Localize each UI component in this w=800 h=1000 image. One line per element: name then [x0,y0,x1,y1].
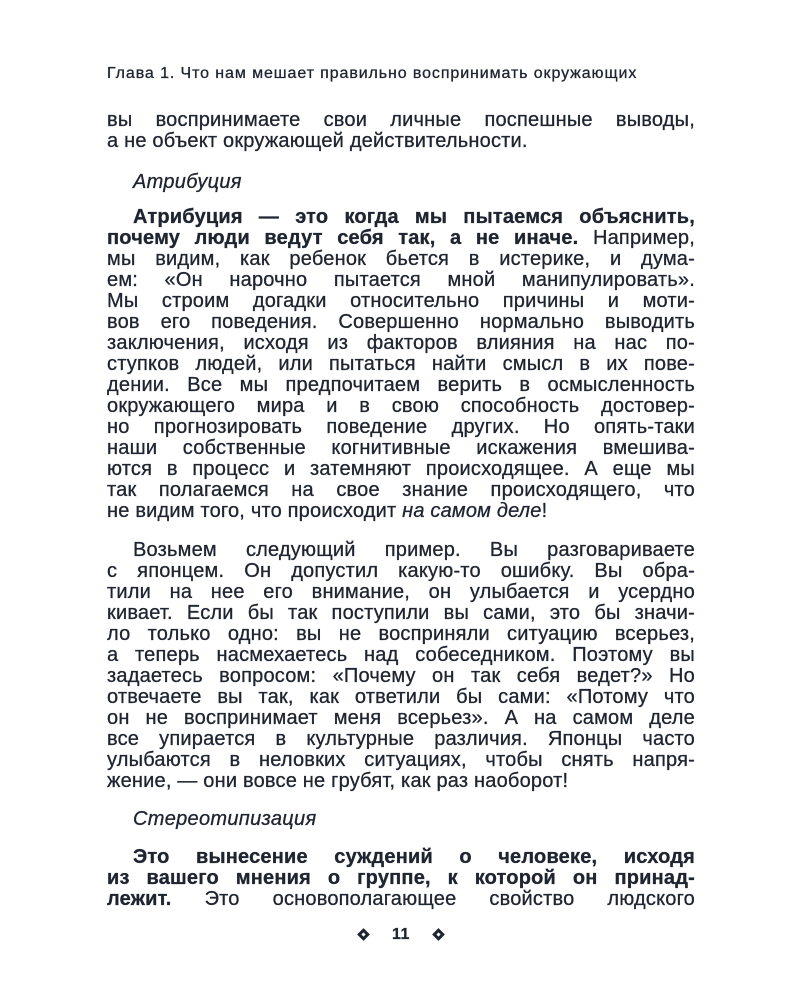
text-line: дении. Все мы предпочитаем верить в осмы… [107,375,695,396]
text-line: а не объект окружающей действительности. [107,131,695,152]
text-run: ются в процесс и затемняют происходящее.… [107,458,695,480]
text-run: так полагаемся на свое знание происходящ… [107,479,695,501]
text-block: вы воспринимаете свои личные поспешные в… [107,110,695,910]
text-line: окружающего мира и в свою способность до… [107,396,695,417]
text-run: тили на нее его внимание, он улыбается и… [107,581,695,603]
text-line: вы воспринимаете свои личные поспешные в… [107,110,695,131]
text-line: ло только одно: вы не восприняли ситуаци… [107,624,695,645]
text-line: почему люди ведут себя так, а не иначе. … [107,228,695,249]
text-line: ем: «Он нарочно пытается мной манипулиро… [107,270,695,291]
text-line: а теперь насмехаетесь над собеседником. … [107,645,695,666]
text-run: жение, — они вовсе не грубят, как раз на… [107,770,568,792]
text-line: так полагаемся на свое знание происходящ… [107,480,695,501]
text-run: не видим того, что происходит [107,500,402,522]
text-run: улыбаются в неловких ситуациях, чтобы сн… [107,749,695,771]
page-footer: 11 [107,925,695,944]
text-run: мы видим, как ребенок бьется в истерике,… [107,248,695,270]
section-heading-stereotyping: Стереотипизация [107,809,695,830]
text-line: кивает. Если бы так поступили вы сами, э… [107,603,695,624]
text-run: дении. Все мы предпочитаем верить в осмы… [107,374,695,396]
diamond-ornament-left [357,928,370,941]
text-line: мы видим, как ребенок бьется в истерике,… [107,249,695,270]
bold-text-run: Это вынесение суждений о человеке, исход… [133,846,695,868]
text-line: лежит. Это основополагающее свойство люд… [107,889,695,910]
text-run: Мы строим догадки относительно причины и… [107,290,695,312]
diamond-ornament-right [432,928,445,941]
text-run: вов его поведения. Совершенно нормально … [107,311,695,333]
text-line: вов его поведения. Совершенно нормально … [107,312,695,333]
text-line: все упирается в культурные различия. Япо… [107,729,695,750]
text-line: не видим того, что происходит на самом д… [107,501,695,522]
bold-text-run: почему люди ведут себя так, а не иначе. [107,227,578,249]
text-run: Это основополагающее свойство людского [172,888,695,910]
text-line: Возьмем следующий пример. Вы разговарива… [107,540,695,561]
text-run: а теперь насмехаетесь над собеседником. … [107,644,695,666]
text-line: он не воспринимает меня всерьез». А на с… [107,708,695,729]
text-line: отвечаете вы так, как ответили бы сами: … [107,687,695,708]
book-page: Глава 1. Что нам мешает правильно воспри… [0,0,800,1000]
running-header: Глава 1. Что нам мешает правильно воспри… [107,64,695,83]
text-run: ступков людей, или пытаться найти смысл … [107,353,695,375]
italic-text-run: на самом деле [402,500,541,522]
text-run: Возьмем следующий пример. Вы разговарива… [133,539,695,561]
text-line: Атрибуция — это когда мы пытаемся объясн… [107,207,695,228]
text-line: ются в процесс и затемняют происходящее.… [107,459,695,480]
section-heading-attribution: Атрибуция [107,172,695,193]
paragraph-japanese-example: Возьмем следующий пример. Вы разговарива… [107,540,695,792]
text-line: наши собственные когнитивные искажения в… [107,438,695,459]
text-run: все упирается в культурные различия. Япо… [107,728,695,750]
text-line: заключения, исходя из факторов влияния н… [107,333,695,354]
text-line: жение, — они вовсе не грубят, как раз на… [107,771,695,792]
page-number: 11 [392,925,410,944]
text-run: наши собственные когнитивные искажения в… [107,437,695,459]
text-run: но прогнозировать поведение других. Но о… [107,416,695,438]
paragraph-continuation: вы воспринимаете свои личные поспешные в… [107,110,695,152]
text-line: улыбаются в неловких ситуациях, чтобы сн… [107,750,695,771]
text-line: Мы строим догадки относительно причины и… [107,291,695,312]
paragraph-attribution: Атрибуция — это когда мы пытаемся объясн… [107,207,695,522]
text-run: с японцем. Он допустил какую-то ошибку. … [107,560,695,582]
text-run: кивает. Если бы так поступили вы сами, э… [107,602,695,624]
text-line: задаетесь вопросом: «Почему он так себя … [107,666,695,687]
bold-text-run: Атрибуция — это когда мы пытаемся объясн… [133,206,695,228]
bold-text-run: лежит. [107,888,172,910]
text-run: задаетесь вопросом: «Почему он так себя … [107,665,695,687]
text-line: тили на нее его внимание, он улыбается и… [107,582,695,603]
text-run: он не воспринимает меня всерьез». А на с… [107,707,695,729]
text-run: ! [542,500,548,522]
text-run: окружающего мира и в свою способность до… [107,395,695,417]
text-run: Например, [578,227,695,249]
text-run: отвечаете вы так, как ответили бы сами: … [107,686,695,708]
text-run: заключения, исходя из факторов влияния н… [107,332,695,354]
bold-text-run: из вашего мнения о группе, к которой он … [107,867,695,889]
text-run: вы воспринимаете свои личные поспешные в… [107,109,695,131]
text-line: ступков людей, или пытаться найти смысл … [107,354,695,375]
text-run: а не объект окружающей действительности. [107,130,528,152]
paragraph-stereotyping: Это вынесение суждений о человеке, исход… [107,847,695,910]
text-line: из вашего мнения о группе, к которой он … [107,868,695,889]
text-line: Это вынесение суждений о человеке, исход… [107,847,695,868]
text-line: но прогнозировать поведение других. Но о… [107,417,695,438]
text-line: с японцем. Он допустил какую-то ошибку. … [107,561,695,582]
text-run: ло только одно: вы не восприняли ситуаци… [107,623,695,645]
text-run: ем: «Он нарочно пытается мной манипулиро… [107,269,695,291]
